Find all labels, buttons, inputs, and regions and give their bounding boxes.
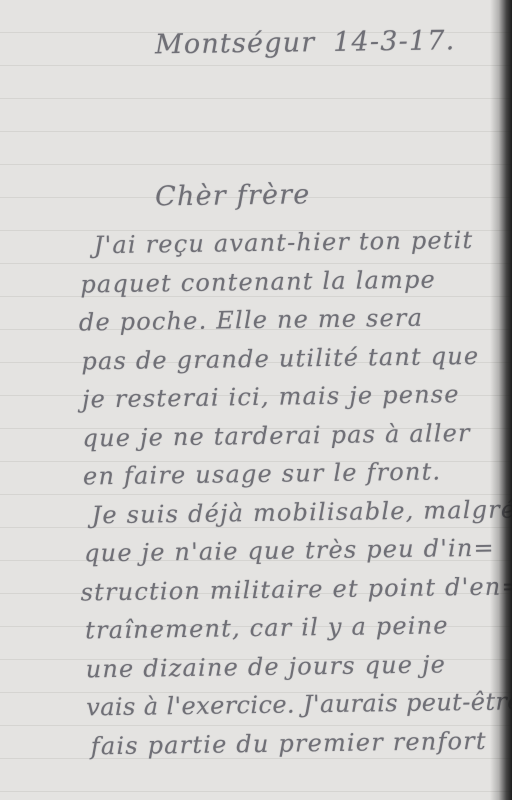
letter-line: vais à l'exercice. J'aurais peut-être (86, 683, 506, 727)
letter-line: je resterai ici, mais je pense (82, 375, 502, 419)
salutation: Chèr frère (155, 179, 311, 212)
letter-page: Montségur 14-3-17. Chèr frère J'ai reçu … (0, 0, 512, 800)
letter-content: Montségur 14-3-17. Chèr frère J'ai reçu … (0, 0, 512, 800)
letter-line: J'ai reçu avant-hier ton petit (94, 221, 500, 265)
letter-line: Je suis déjà mobilisable, malgré (91, 490, 503, 534)
dateline: Montségur 14-3-17. (155, 25, 456, 60)
letter-line: traînement, car il y a peine (85, 606, 505, 650)
letter-line: de poche. Elle ne me sera (79, 298, 501, 342)
letter-body: J'ai reçu avant-hier ton petit paquet co… (80, 221, 507, 766)
letter-line: que je n'aie que très peu d'in= (84, 529, 504, 573)
letter-line: pas de grande utilité tant que (81, 336, 501, 380)
letter-line: que je ne tarderai pas à aller (82, 413, 502, 457)
letter-line: fais partie du premier renfort (91, 721, 507, 765)
letter-line: struction militaire et point d'en= (80, 567, 504, 611)
letter-line: une dizaine de jours que je (85, 644, 505, 688)
letter-line: paquet contenant la lampe (80, 259, 500, 303)
letter-line: en faire usage sur le front. (83, 452, 503, 496)
